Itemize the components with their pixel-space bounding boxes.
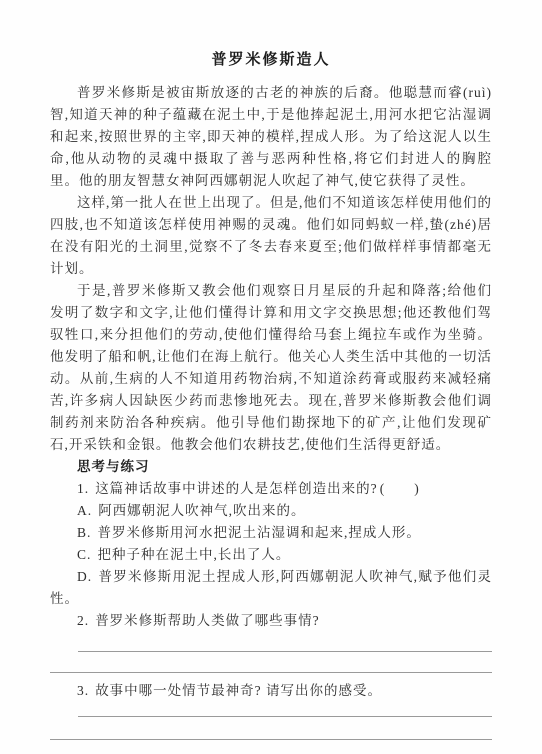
answer-line [50, 717, 492, 740]
question-3: 3.故事中哪一处情节最神奇? 请写出你的感受。 [50, 680, 492, 702]
option-b: B.普罗米修斯用河水把泥土沾湿调和起来,捏成人形。 [50, 522, 492, 544]
question-1: 1.这篇神话故事中讲述的人是怎样创造出来的?( ) [50, 478, 492, 500]
option-c-letter: C. [77, 547, 91, 562]
question-2: 2.普罗米修斯帮助人类做了哪些事情? [50, 610, 492, 632]
question-1-text: 这篇神话故事中讲述的人是怎样创造出来的? [95, 481, 378, 496]
question-3-text: 故事中哪一处情节最神奇? 请写出你的感受。 [95, 683, 382, 698]
option-a: A.阿西娜朝泥人吹神气,吹出来的。 [50, 500, 492, 522]
option-d-letter: D. [77, 569, 92, 584]
page-title: 普罗米修斯造人 [50, 50, 492, 70]
passage-paragraph-1: 普罗米修斯是被宙斯放逐的古老的神族的后裔。他聪慧而睿(ruì)智,知道天神的种子… [50, 82, 492, 192]
reading-passage: 普罗米修斯是被宙斯放逐的古老的神族的后裔。他聪慧而睿(ruì)智,知道天神的种子… [50, 82, 492, 456]
question-2-number: 2. [77, 613, 89, 628]
option-c-text: 把种子种在泥土中,长出了人。 [97, 547, 290, 562]
answer-line [50, 652, 492, 673]
exercise-heading: 思考与练习 [50, 456, 492, 478]
option-b-text: 普罗米修斯用河水把泥土沾湿调和起来,捏成人形。 [97, 525, 420, 540]
option-d-text: 普罗米修斯用泥土捏成人形,阿西娜朝泥人吹神气,赋予他们灵性。 [50, 569, 492, 606]
exercise-section: 思考与练习 1.这篇神话故事中讲述的人是怎样创造出来的?( ) A.阿西娜朝泥人… [50, 456, 492, 740]
question-1-number: 1. [77, 481, 89, 496]
answer-line [78, 702, 492, 717]
passage-paragraph-3: 于是,普罗米修斯又教会他们观察日月星辰的升起和降落;给他们发明了数字和文字,让他… [50, 280, 492, 456]
option-a-text: 阿西娜朝泥人吹神气,吹出来的。 [98, 503, 305, 518]
worksheet-page: 普罗米修斯造人 普罗米修斯是被宙斯放逐的古老的神族的后裔。他聪慧而睿(ruì)智… [0, 0, 542, 754]
option-b-letter: B. [77, 525, 91, 540]
option-d: D.普罗米修斯用泥土捏成人形,阿西娜朝泥人吹神气,赋予他们灵性。 [50, 566, 492, 610]
question-2-text: 普罗米修斯帮助人类做了哪些事情? [95, 613, 320, 628]
question-1-answer-bracket: ( ) [380, 481, 420, 496]
passage-paragraph-2: 这样,第一批人在世上出现了。但是,他们不知道该怎样使用他们的四肢,也不知道该怎样… [50, 192, 492, 280]
option-c: C.把种子种在泥土中,长出了人。 [50, 544, 492, 566]
answer-line [78, 632, 492, 652]
question-3-number: 3. [77, 683, 89, 698]
option-a-letter: A. [77, 503, 92, 518]
